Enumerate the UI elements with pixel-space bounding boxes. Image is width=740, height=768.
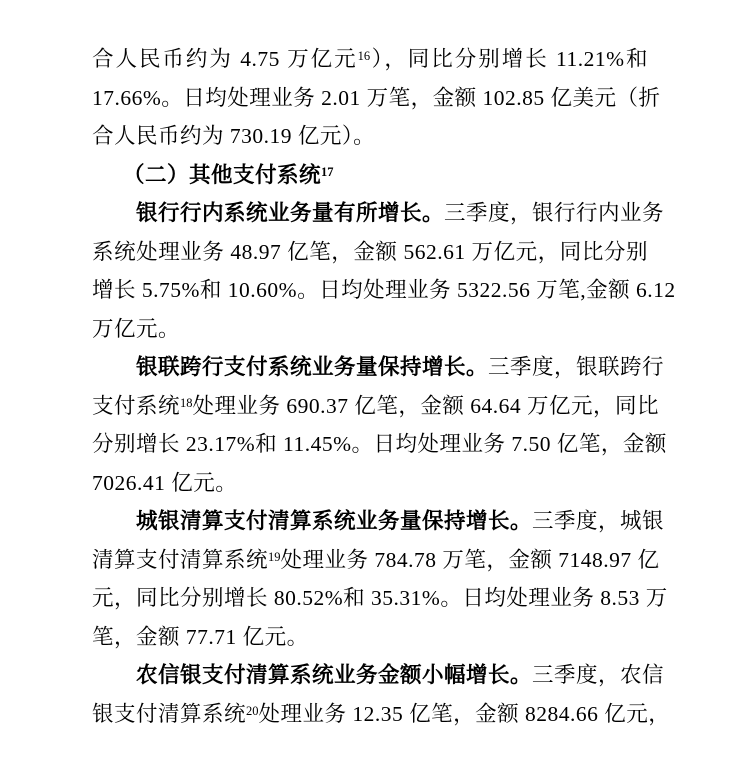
body-line: 17.66%。日均处理业务 2.01 万笔，金额 102.85 亿美元（折	[92, 79, 648, 118]
body-line: 增长 5.75%和 10.60%。日均处理业务 5322.56 万笔,金额 6.…	[92, 271, 648, 310]
footnote-ref: 19	[268, 550, 281, 564]
text-segment: 合人民币约为 730.19 亿元）。	[92, 124, 375, 148]
text-segment: 处理业务 784.78 万笔，金额 7148.97 亿	[281, 548, 660, 572]
text-segment: 万亿元。	[92, 317, 180, 341]
text-segment: 银行行内系统业务量有所增长。	[136, 201, 444, 225]
text-segment: 系统处理业务 48.97 亿笔，金额 562.61 万亿元，同比分别	[92, 240, 648, 264]
section-heading: （二）其他支付系统17	[92, 156, 648, 195]
body-line: 银联跨行支付系统业务量保持增长。三季度，银联跨行	[92, 348, 648, 387]
text-segment: 增长 5.75%和 10.60%。日均处理业务 5322.56 万笔,金额 6.…	[92, 278, 676, 302]
text-segment: 三季度，银行行内业务	[444, 201, 664, 225]
body-line: 元，同比分别增长 80.52%和 35.31%。日均处理业务 8.53 万	[92, 579, 648, 618]
text-segment: 17.66%。日均处理业务 2.01 万笔，金额 102.85 亿美元（折	[92, 86, 661, 110]
text-segment: 处理业务 690.37 亿笔，金额 64.64 万亿元，同比	[193, 394, 660, 418]
text-segment: 合人民币约为 4.75 万亿元	[92, 47, 358, 71]
body-line: 清算支付清算系统19处理业务 784.78 万笔，金额 7148.97 亿	[92, 541, 648, 580]
document-text-block: 合人民币约为 4.75 万亿元16），同比分别增长 11.21%和17.66%。…	[92, 40, 648, 733]
footnote-ref: 17	[321, 165, 334, 179]
text-segment: 支付系统	[92, 394, 180, 418]
body-line: 系统处理业务 48.97 亿笔，金额 562.61 万亿元，同比分别	[92, 233, 648, 272]
body-line: 笔，金额 77.71 亿元。	[92, 618, 648, 657]
body-line: 银行行内系统业务量有所增长。三季度，银行行内业务	[92, 194, 648, 233]
text-segment: 元，同比分别增长 80.52%和 35.31%。日均处理业务 8.53 万	[92, 586, 668, 610]
text-segment: 清算支付清算系统	[92, 548, 268, 572]
text-segment: 城银清算支付清算系统业务量保持增长。	[136, 509, 532, 533]
text-segment: （二）其他支付系统	[123, 163, 321, 187]
body-line: 合人民币约为 730.19 亿元）。	[92, 117, 648, 156]
body-line: 万亿元。	[92, 310, 648, 349]
body-line: 7026.41 亿元。	[92, 464, 648, 503]
body-line: 农信银支付清算系统业务金额小幅增长。三季度，农信	[92, 656, 648, 695]
text-segment: ），同比分别增长 11.21%和	[370, 47, 648, 71]
body-line: 分别增长 23.17%和 11.45%。日均处理业务 7.50 亿笔，金额	[92, 425, 648, 464]
body-line: 合人民币约为 4.75 万亿元16），同比分别增长 11.21%和	[92, 40, 648, 79]
text-segment: 分别增长 23.17%和 11.45%。日均处理业务 7.50 亿笔，金额	[92, 432, 667, 456]
text-segment: 三季度，农信	[532, 663, 664, 687]
text-segment: 三季度，城银	[532, 509, 664, 533]
text-segment: 农信银支付清算系统业务金额小幅增长。	[136, 663, 532, 687]
text-segment: 银联跨行支付系统业务量保持增长。	[136, 355, 488, 379]
footnote-ref: 16	[358, 49, 371, 63]
body-line: 城银清算支付清算系统业务量保持增长。三季度，城银	[92, 502, 648, 541]
text-segment: 7026.41 亿元。	[92, 471, 237, 495]
document-page: 合人民币约为 4.75 万亿元16），同比分别增长 11.21%和17.66%。…	[0, 0, 740, 768]
body-line: 银支付清算系统20处理业务 12.35 亿笔，金额 8284.66 亿元，	[92, 695, 648, 734]
text-segment: 三季度，银联跨行	[488, 355, 664, 379]
text-segment: 处理业务 12.35 亿笔，金额 8284.66 亿元，	[259, 702, 671, 726]
body-line: 支付系统18处理业务 690.37 亿笔，金额 64.64 万亿元，同比	[92, 387, 648, 426]
text-segment: 银支付清算系统	[92, 702, 246, 726]
text-segment: 笔，金额 77.71 亿元。	[92, 625, 309, 649]
footnote-ref: 18	[180, 396, 193, 410]
footnote-ref: 20	[246, 704, 259, 718]
